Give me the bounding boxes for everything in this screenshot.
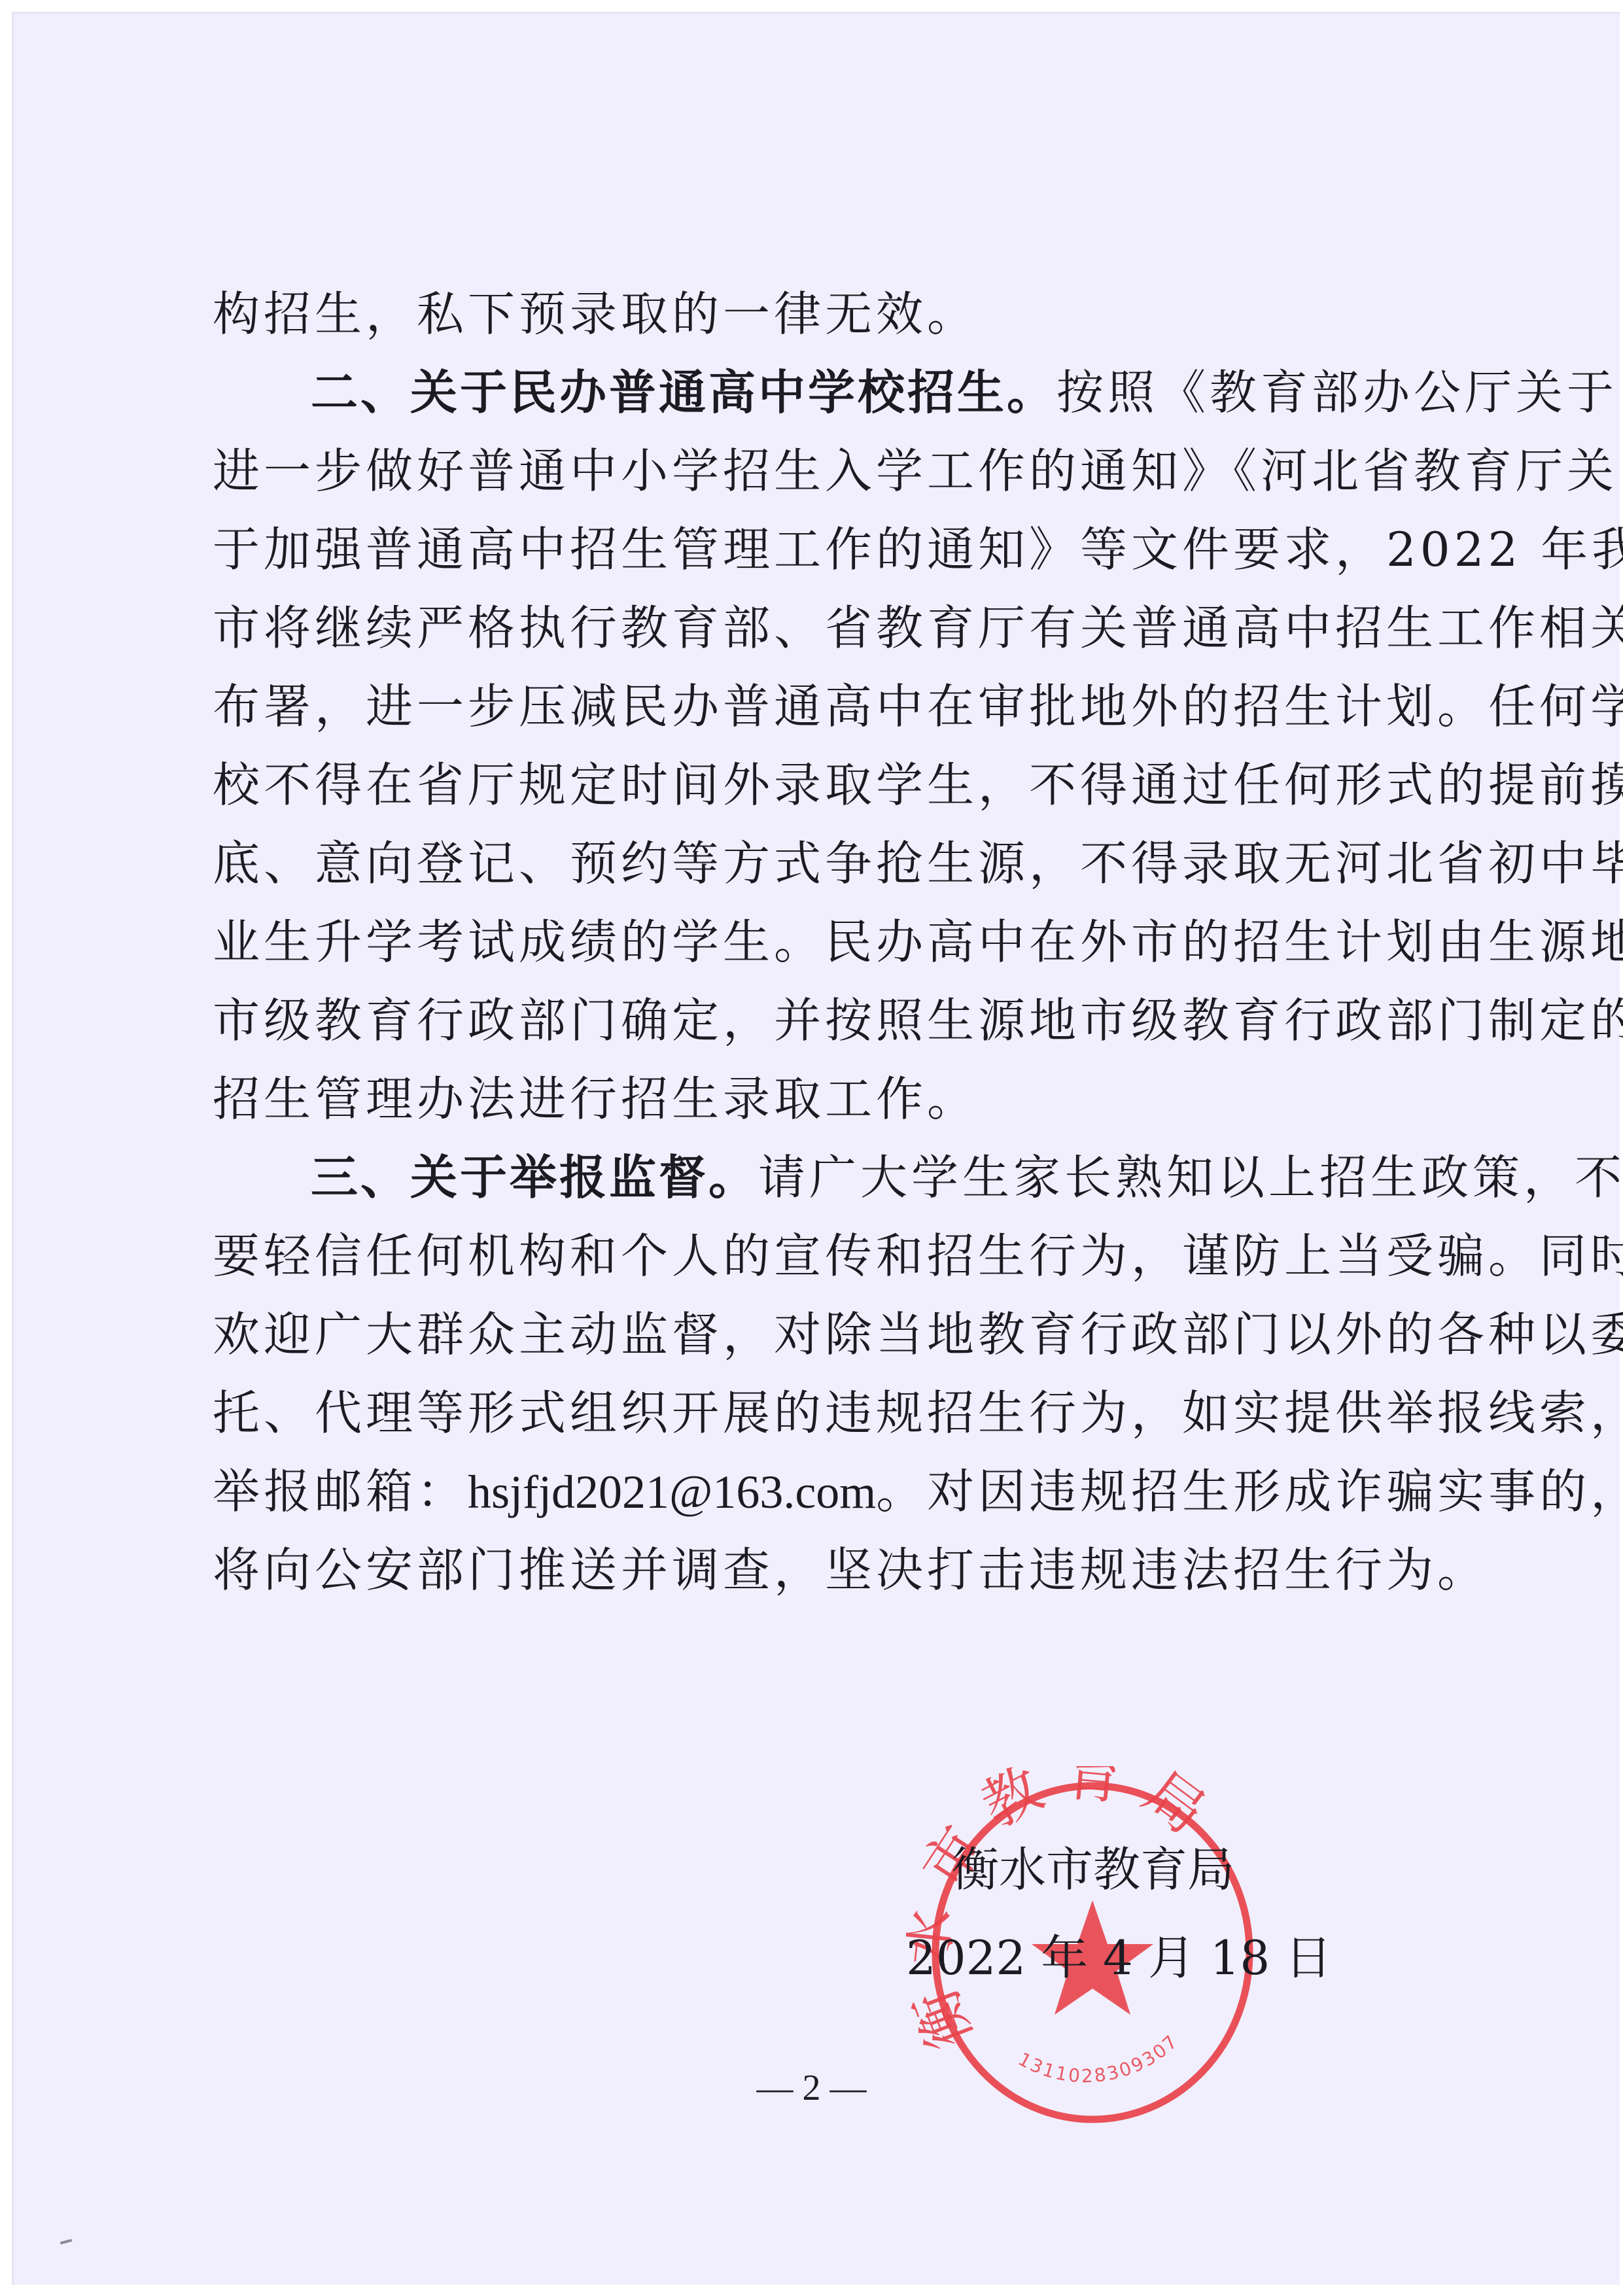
section-heading-private-high-school: 二、关于民办普通高中学校招生。 xyxy=(311,365,1056,420)
body-line-14: 欢迎广大群众主动监督，对除当地教育行政部门以外的各种以委 xyxy=(213,1305,1410,1364)
body-line-6: 布署，进一步压减民办普通高中在审批地外的招生计划。任何学 xyxy=(213,677,1410,736)
section-2-first-line: 二、关于民办普通高中学校招生。按照《教育部办公厅关于 xyxy=(213,363,1410,422)
body-line-17: 将向公安部门推送并调查，坚决打击违规违法招生行为。 xyxy=(213,1540,1488,1599)
body-line-10: 市级教育行政部门确定，并按照生源地市级教育行政部门制定的 xyxy=(213,991,1410,1050)
section-heading-report-supervision: 三、关于举报监督。 xyxy=(311,1150,758,1205)
body-line-5: 市将继续严格执行教育部、省教育厅有关普通高中招生工作相关 xyxy=(213,599,1410,657)
issue-date: 2022 年 4 月 18 日 xyxy=(906,1920,1332,1988)
body-line-13: 要轻信任何机构和个人的宣传和招生行为，谨防上当受骗。同时 xyxy=(213,1226,1410,1285)
body-line-3: 进一步做好普通中小学招生入学工作的通知》《河北省教育厅关 xyxy=(213,442,1410,500)
issuing-organization: 衡水市教育局 xyxy=(952,1832,1234,1900)
body-line-1: 构招生，私下预录取的一律无效。 xyxy=(213,285,978,343)
body-line-9: 业生升学考试成绩的学生。民办高中在外市的招生计划由生源地 xyxy=(213,913,1410,971)
body-line-4: 于加强普通高中招生管理工作的通知》等文件要求，2022 年我 xyxy=(213,520,1410,579)
section-3-first-line: 三、关于举报监督。请广大学生家长熟知以上招生政策，不 xyxy=(213,1148,1410,1207)
body-line-8: 底、意向登记、预约等方式争抢生源，不得录取无河北省初中毕 xyxy=(213,834,1410,893)
svg-text:衡水市教育局: 衡水市教育局 xyxy=(906,1766,1232,2058)
body-line-15: 托、代理等形式组织开展的违规招生行为，如实提供举报线索， xyxy=(213,1383,1410,1442)
body-line-7: 校不得在省厅规定时间外录取学生，不得通过任何形式的提前摸 xyxy=(213,756,1410,814)
body-line-16: 举报邮箱：hsjfjd2021@163.com。对因违规招生形成诈骗实事的， xyxy=(213,1462,1410,1521)
body-line-11: 招生管理办法进行招生录取工作。 xyxy=(213,1070,978,1128)
seal-ring-text: 衡水市教育局 xyxy=(906,1766,1232,2058)
page-number: — 2 — xyxy=(0,2067,1623,2109)
report-email-link[interactable]: hsjfjd2021@163.com xyxy=(468,1466,876,1518)
